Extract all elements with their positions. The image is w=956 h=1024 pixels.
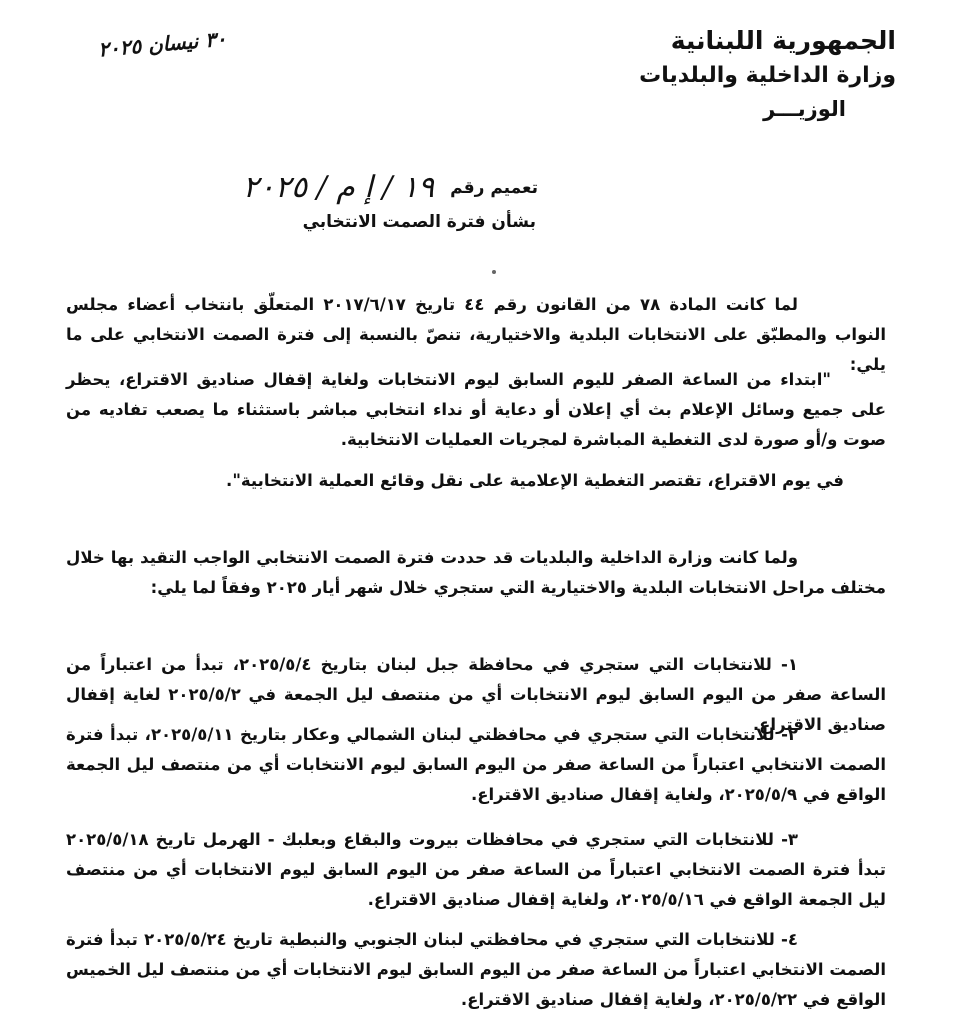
ministry-heading: وزارة الداخلية والبلديات <box>639 65 896 87</box>
scan-speck <box>492 270 496 274</box>
minister-heading: الوزيـــر <box>639 99 846 120</box>
circular-label: تعميم رقم <box>450 178 538 198</box>
list-item: ٤- للانتخابات التي ستجري في محافظتي لبنا… <box>66 925 886 1015</box>
list-item: ٢- للانتخابات التي ستجري في محافظتي لبنا… <box>66 720 886 810</box>
document-page: الجمهورية اللبنانية وزارة الداخلية والبل… <box>0 0 956 1024</box>
quoted-article-paragraph: "ابتداء من الساعة الصفر لليوم السابق ليو… <box>66 365 886 455</box>
republic-heading: الجمهورية اللبنانية <box>639 28 896 53</box>
circular-number-line: تعميم رقم ١٩ / إ م / ٢٠٢٥ <box>243 170 538 205</box>
handwritten-date: ٣٠ نيسان ٢٠٢٥ <box>97 26 227 61</box>
list-item: ٣- للانتخابات التي ستجري في محافظات بيرو… <box>66 825 886 915</box>
ministry-paragraph: ولما كانت وزارة الداخلية والبلديات قد حد… <box>66 543 886 603</box>
subject-title: بشأن فترة الصمت الانتخابي <box>303 212 536 232</box>
letterhead: الجمهورية اللبنانية وزارة الداخلية والبل… <box>639 28 896 120</box>
circular-number: ١٩ / إ م / ٢٠٢٥ <box>243 170 435 205</box>
quoted-article-paragraph-2: في يوم الاقتراع، تقتصر التغطية الإعلامية… <box>66 466 844 496</box>
